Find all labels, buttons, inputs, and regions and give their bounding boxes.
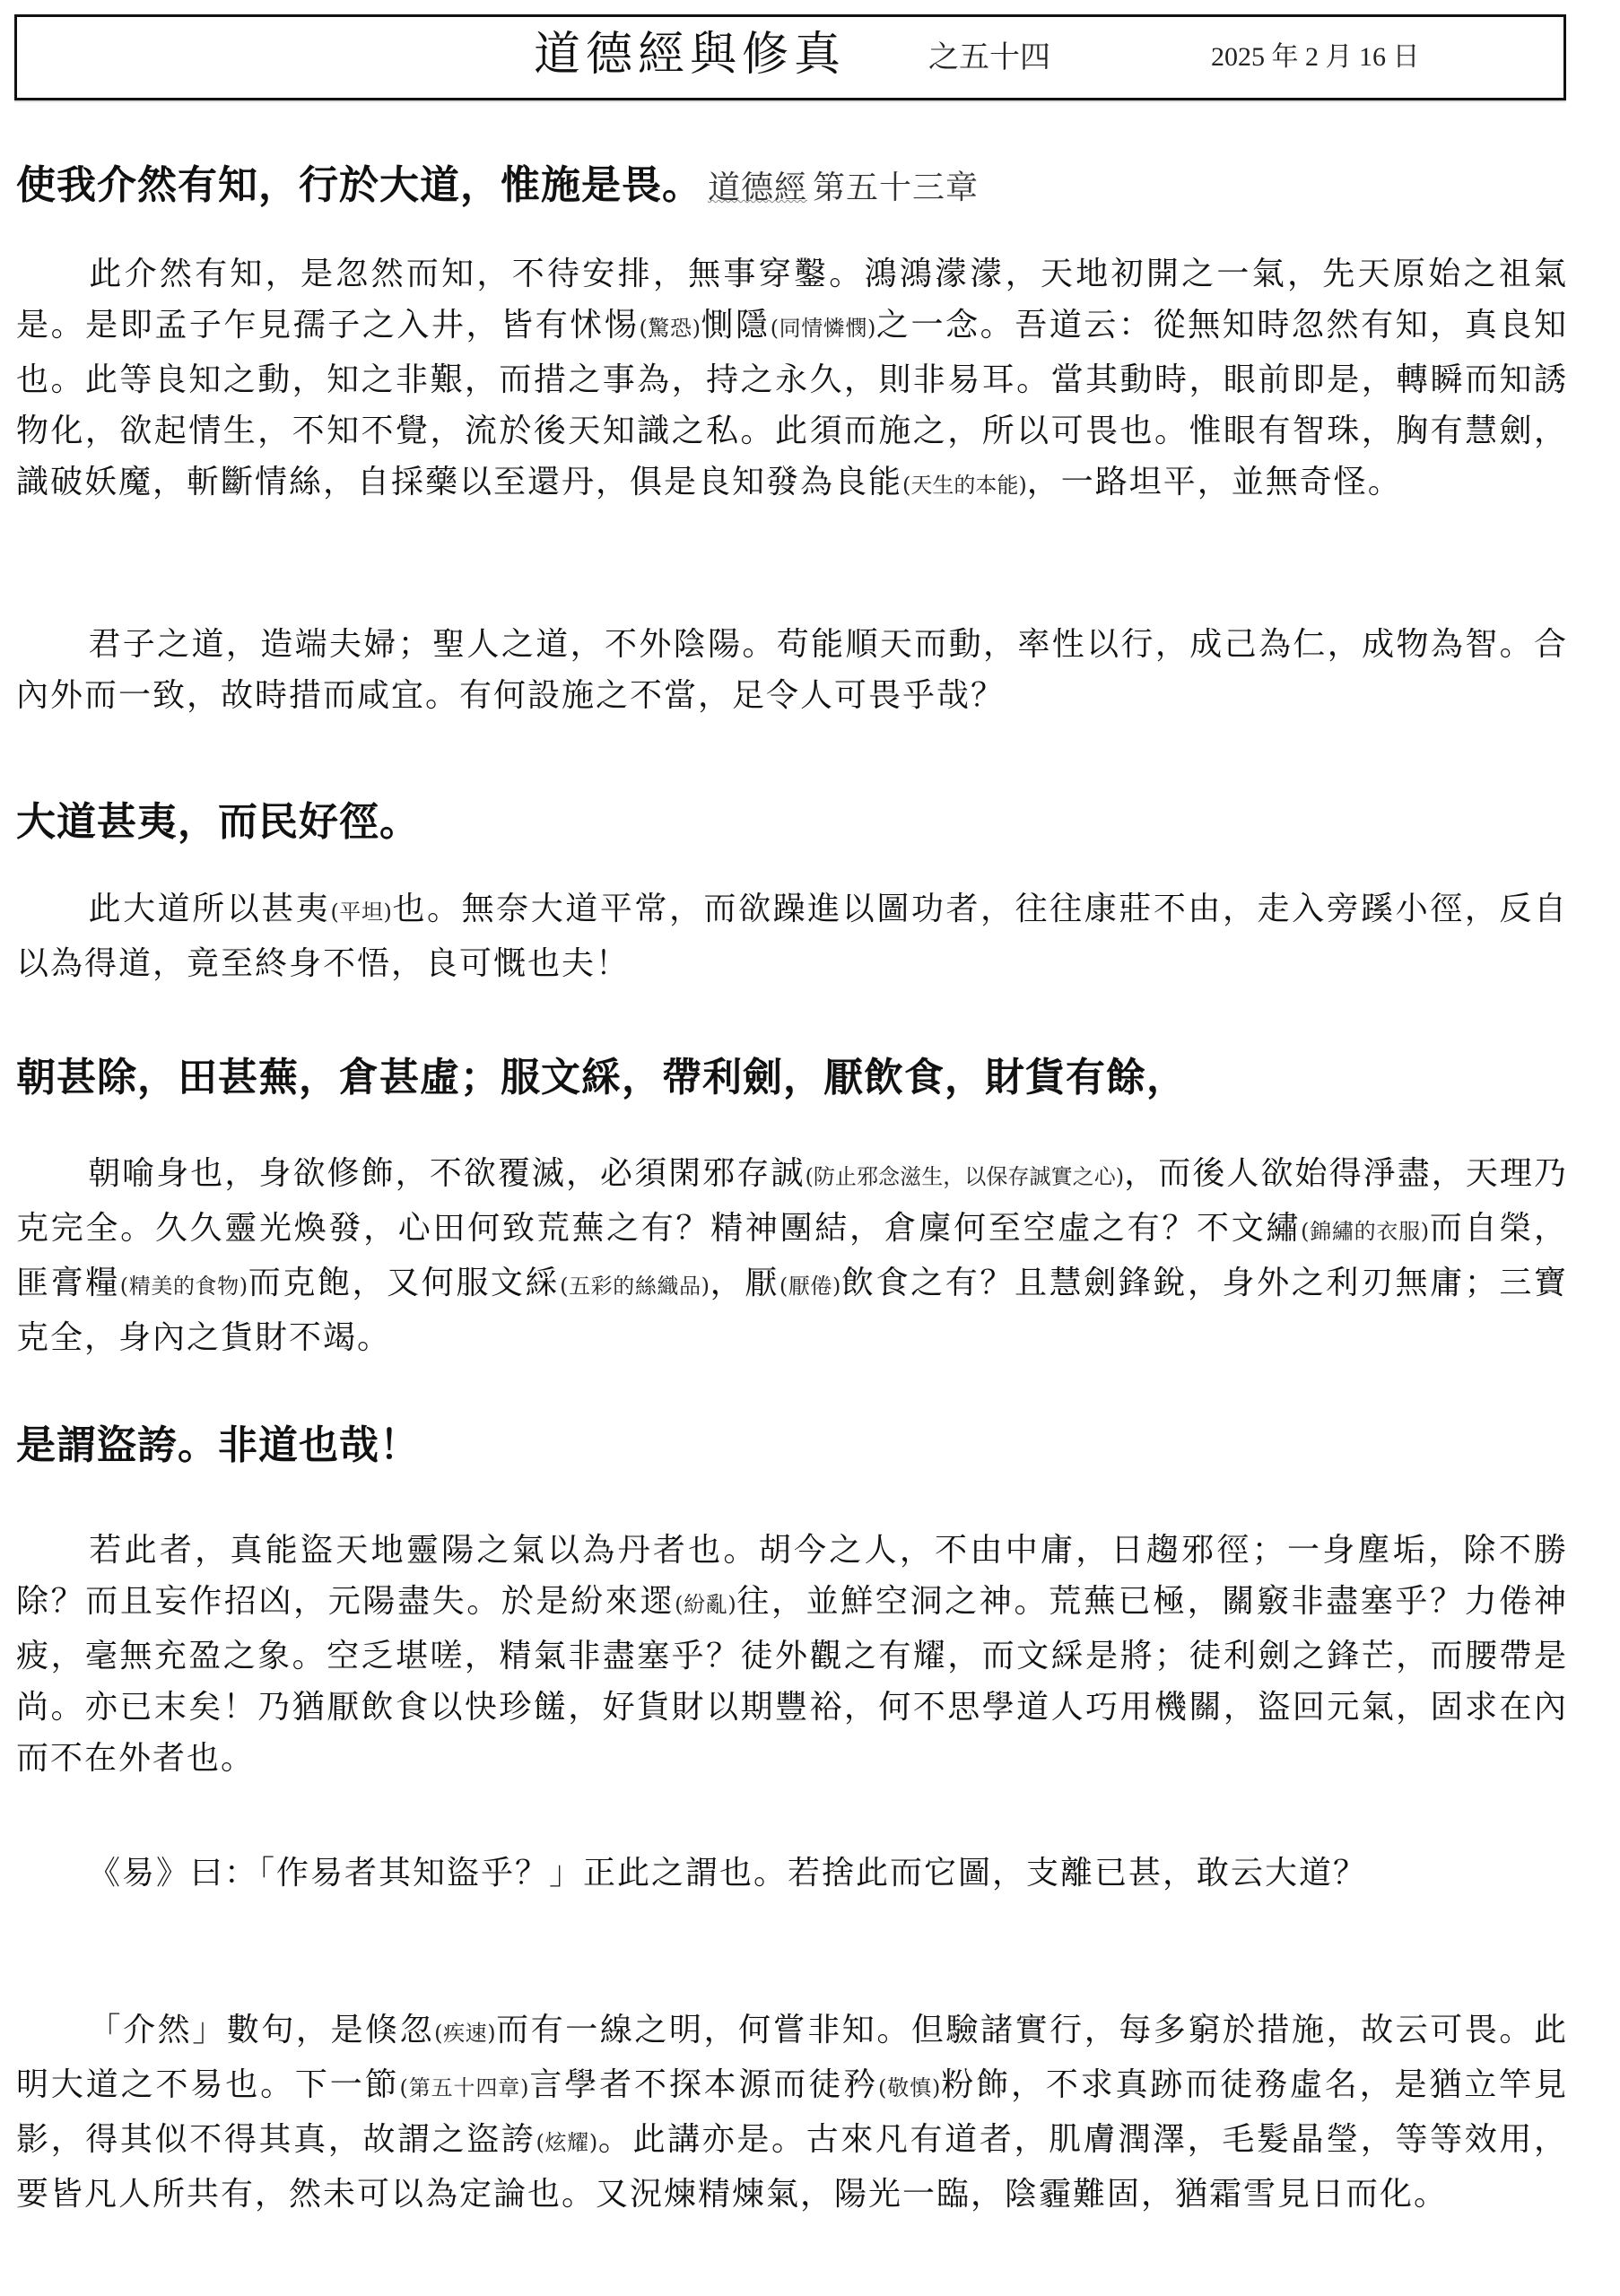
publication-date: 2025 年 2 月 16 日 — [1211, 34, 1420, 74]
gloss-annotation: (厭倦) — [780, 1274, 841, 1299]
gloss-annotation: (防止邪念滋生，以保存誠實之心) — [805, 1164, 1124, 1189]
gloss-annotation: (第五十四章) — [400, 2075, 529, 2100]
gloss-annotation: (敬慎) — [878, 2075, 940, 2100]
scripture-quote: 使我介然有知，行於大道，惟施是畏。 — [16, 162, 702, 208]
section-heading-2: 大道甚夷，而民好徑。 — [16, 789, 420, 847]
commentary-paragraph: 若此者，真能盜天地靈陽之氣以為丹者也。胡今之人，不由中庸，日趨邪徑；一身塵垢，除… — [16, 1525, 1568, 1784]
section-heading-1: 使我介然有知，行於大道，惟施是畏。道德經第五十三章 — [16, 152, 979, 210]
commentary-paragraph: 君子之道，造端夫婦；聖人之道，不外陰陽。苟能順天而動，率性以行，成己為仁，成物為… — [16, 619, 1568, 721]
gloss-annotation: (炫耀) — [536, 2130, 598, 2155]
commentary-paragraph: 《易》曰：「作易者其知盜乎？」正此之謂也。若捨此而它圖，支離已甚，敢云大道？ — [16, 1848, 1568, 1899]
gloss-annotation: (精美的食物) — [120, 1274, 248, 1299]
body-text: 惻隱 — [701, 307, 771, 344]
body-text: ，一路坦平，並無奇怪。 — [1027, 464, 1402, 500]
gloss-annotation: (五彩的絲織品) — [560, 1274, 710, 1299]
source-chapter: 第五十三章 — [813, 170, 979, 206]
body-text: 言學者不探本源而徒矜 — [528, 2066, 878, 2103]
gloss-annotation: (同情憐憫) — [771, 316, 876, 341]
commentary-paragraph: 此介然有知，是忽然而知，不待安排，無事穿鑿。鴻鴻濛濛，天地初開之一氣，先天原始之… — [16, 248, 1568, 511]
body-text: ，厭 — [710, 1265, 780, 1301]
gloss-annotation: (平坦) — [331, 900, 392, 925]
source-book: 道德經 — [708, 170, 807, 206]
section-heading-4: 是謂盜誇。非道也哉！ — [16, 1413, 420, 1470]
gloss-annotation: (天生的本能) — [902, 473, 1027, 498]
commentary-paragraph: 此大道所以甚夷(平坦)也。無奈大道平常，而欲躁進以圖功者，往往康莊不由，走入旁蹊… — [16, 883, 1568, 989]
body-text: 此大道所以甚夷 — [88, 891, 331, 927]
installment-number: 之五十四 — [928, 32, 1050, 76]
gloss-annotation: (驚恐) — [639, 316, 700, 341]
body-text: 朝喻身也，身欲修飾，不欲覆滅，必須閑邪存誠 — [88, 1155, 805, 1192]
document-title: 道德經與修真 — [534, 16, 846, 83]
commentary-paragraph: 「介然」數句，是倏忽(疾速)而有一線之明，何嘗非知。但驗諸實行，每多窮於措施，故… — [16, 2005, 1568, 2220]
body-text: 《易》曰：「作易者其知盜乎？」正此之謂也。若捨此而它圖，支離已甚，敢云大道？ — [88, 1855, 1367, 1892]
gloss-annotation: (疾速) — [434, 2021, 495, 2046]
commentary-paragraph: 朝喻身也，身欲修飾，不欲覆滅，必須閑邪存誠(防止邪念滋生，以保存誠實之心)，而後… — [16, 1148, 1568, 1363]
gloss-annotation: (紛亂) — [675, 1592, 736, 1617]
gloss-annotation: (錦繡的衣服) — [1301, 1219, 1429, 1244]
body-text: 「介然」數句，是倏忽 — [88, 2012, 434, 2048]
body-text: 而克飽，又何服文綵 — [248, 1265, 560, 1301]
section-heading-3: 朝甚除，田甚蕪，倉甚虛；服文綵，帶利劍，厭飲食，財貨有餘， — [16, 1045, 1187, 1102]
body-text: 君子之道，造端夫婦；聖人之道，不外陰陽。苟能順天而動，率性以行，成己為仁，成物為… — [16, 626, 1568, 714]
